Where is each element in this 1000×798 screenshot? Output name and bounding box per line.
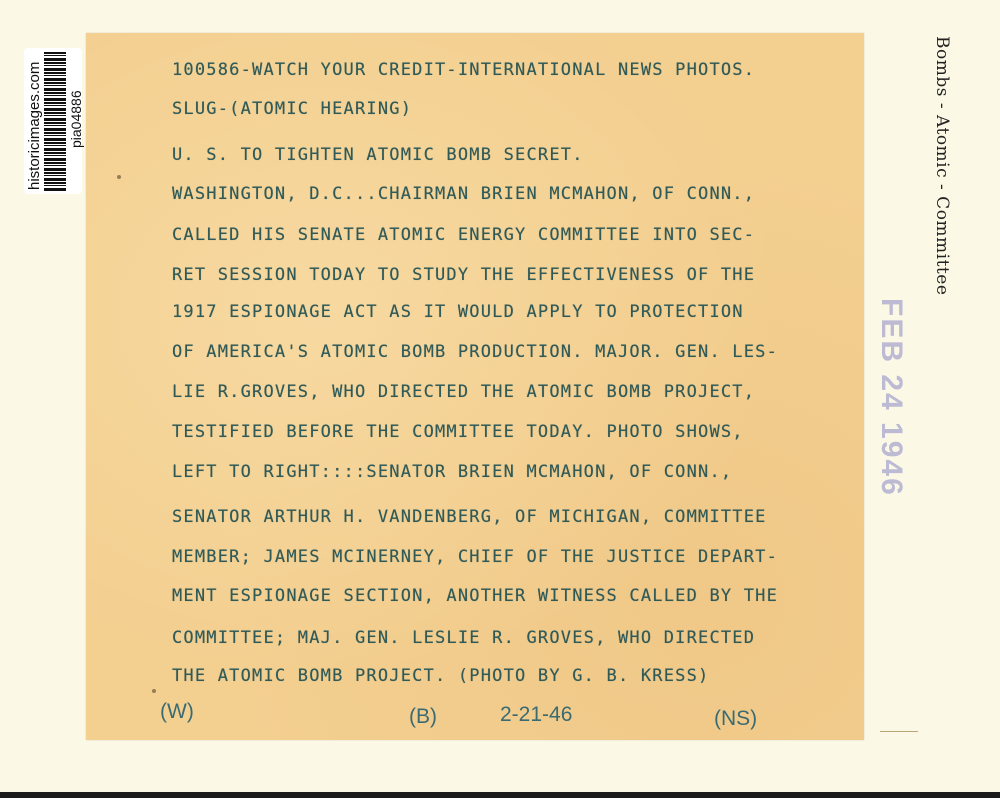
caption-line-3: U. S. TO TIGHTEN ATOMIC BOMB SECRET. (172, 145, 584, 165)
caption-line-4: WASHINGTON, D.C...CHAIRMAN BRIEN MCMAHON… (172, 184, 755, 204)
footer-code-ns: (NS) (714, 707, 757, 731)
caption-line-16: THE ATOMIC BOMB PROJECT. (PHOTO BY G. B.… (172, 666, 709, 686)
footer-code-w: (W) (160, 700, 194, 724)
edge-mark (880, 731, 918, 732)
side-category-caption: Bombs - Atomic - Committee (932, 36, 952, 295)
paper-speck (117, 175, 121, 179)
caption-line-14: MENT ESPIONAGE SECTION, ANOTHER WITNESS … (172, 586, 778, 606)
caption-line-10: TESTIFIED BEFORE THE COMMITTEE TODAY. PH… (172, 422, 744, 442)
caption-line-7: 1917 ESPIONAGE ACT AS IT WOULD APPLY TO … (172, 302, 744, 322)
caption-line-15: COMMITTEE; MAJ. GEN. LESLIE R. GROVES, W… (172, 628, 755, 648)
bottom-border (0, 792, 1000, 798)
received-date-stamp: FEB 24 1946 (874, 298, 908, 497)
caption-line-6: RET SESSION TODAY TO STUDY THE EFFECTIVE… (172, 265, 755, 285)
barcode-site-text: historicimages.com (26, 62, 43, 190)
caption-line-11: LEFT TO RIGHT::::SENATOR BRIEN MCMAHON, … (172, 462, 732, 482)
caption-line-13: MEMBER; JAMES MCINERNEY, CHIEF OF THE JU… (172, 547, 778, 567)
caption-line-12: SENATOR ARTHUR H. VANDENBERG, OF MICHIGA… (172, 507, 767, 527)
barcode-id-text: pia04886 (68, 90, 84, 148)
paper-speck (152, 689, 156, 693)
footer-code-b: (B) (409, 705, 437, 729)
footer-date: 2-21-46 (500, 703, 572, 727)
barcode-icon (44, 52, 66, 192)
caption-line-2: SLUG-(ATOMIC HEARING) (172, 99, 412, 119)
caption-line-5: CALLED HIS SENATE ATOMIC ENERGY COMMITTE… (172, 225, 755, 245)
caption-line-9: LIE R.GROVES, WHO DIRECTED THE ATOMIC BO… (172, 382, 755, 402)
caption-line-1: 100586-WATCH YOUR CREDIT-INTERNATIONAL N… (172, 60, 755, 80)
caption-line-8: OF AMERICA'S ATOMIC BOMB PRODUCTION. MAJ… (172, 342, 778, 362)
